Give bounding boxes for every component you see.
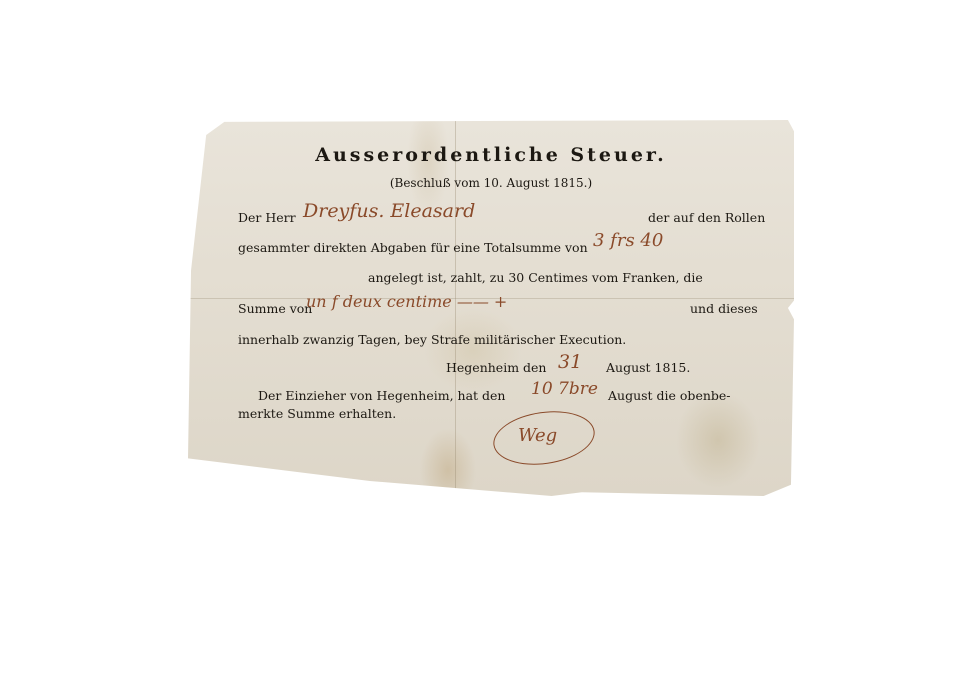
signature: Weg (518, 425, 557, 446)
total-sum-handwritten: 3 frs 40 (593, 230, 663, 251)
line1-tail: der auf den Rollen (648, 210, 765, 225)
tax-receipt-document: Ausserordentliche Steuer. (Beschluß vom … (188, 120, 794, 496)
line2-text: gesammter direkten Abgaben für eine Tota… (238, 240, 588, 255)
line4-tail: und dieses (690, 301, 758, 316)
line4-label: Summe von (238, 301, 312, 316)
place-date-label: Hegenheim den (446, 360, 546, 375)
line7-text: Der Einzieher von Hegenheim, hat den (258, 388, 505, 403)
taxpayer-name-handwritten: Dreyfus. Eleasard (303, 200, 475, 222)
line5-text: innerhalb zwanzig Tagen, bey Strafe mili… (238, 332, 626, 347)
line1-label: Der Herr (238, 210, 296, 225)
receipt-date-handwritten: 10 7bre (531, 379, 598, 399)
line8-text: merkte Summe erhalten. (238, 406, 396, 421)
line7-tail: August die obenbe- (608, 388, 731, 403)
line3-text: angelegt ist, zahlt, zu 30 Centimes vom … (368, 270, 703, 285)
day-handwritten: 31 (558, 351, 582, 373)
document-title: Ausserordentliche Steuer. (188, 144, 794, 166)
sum-handwritten: un f deux centime —— + (306, 292, 507, 311)
month-year: August 1815. (606, 360, 690, 375)
document-subtitle: (Beschluß vom 10. August 1815.) (188, 176, 794, 190)
